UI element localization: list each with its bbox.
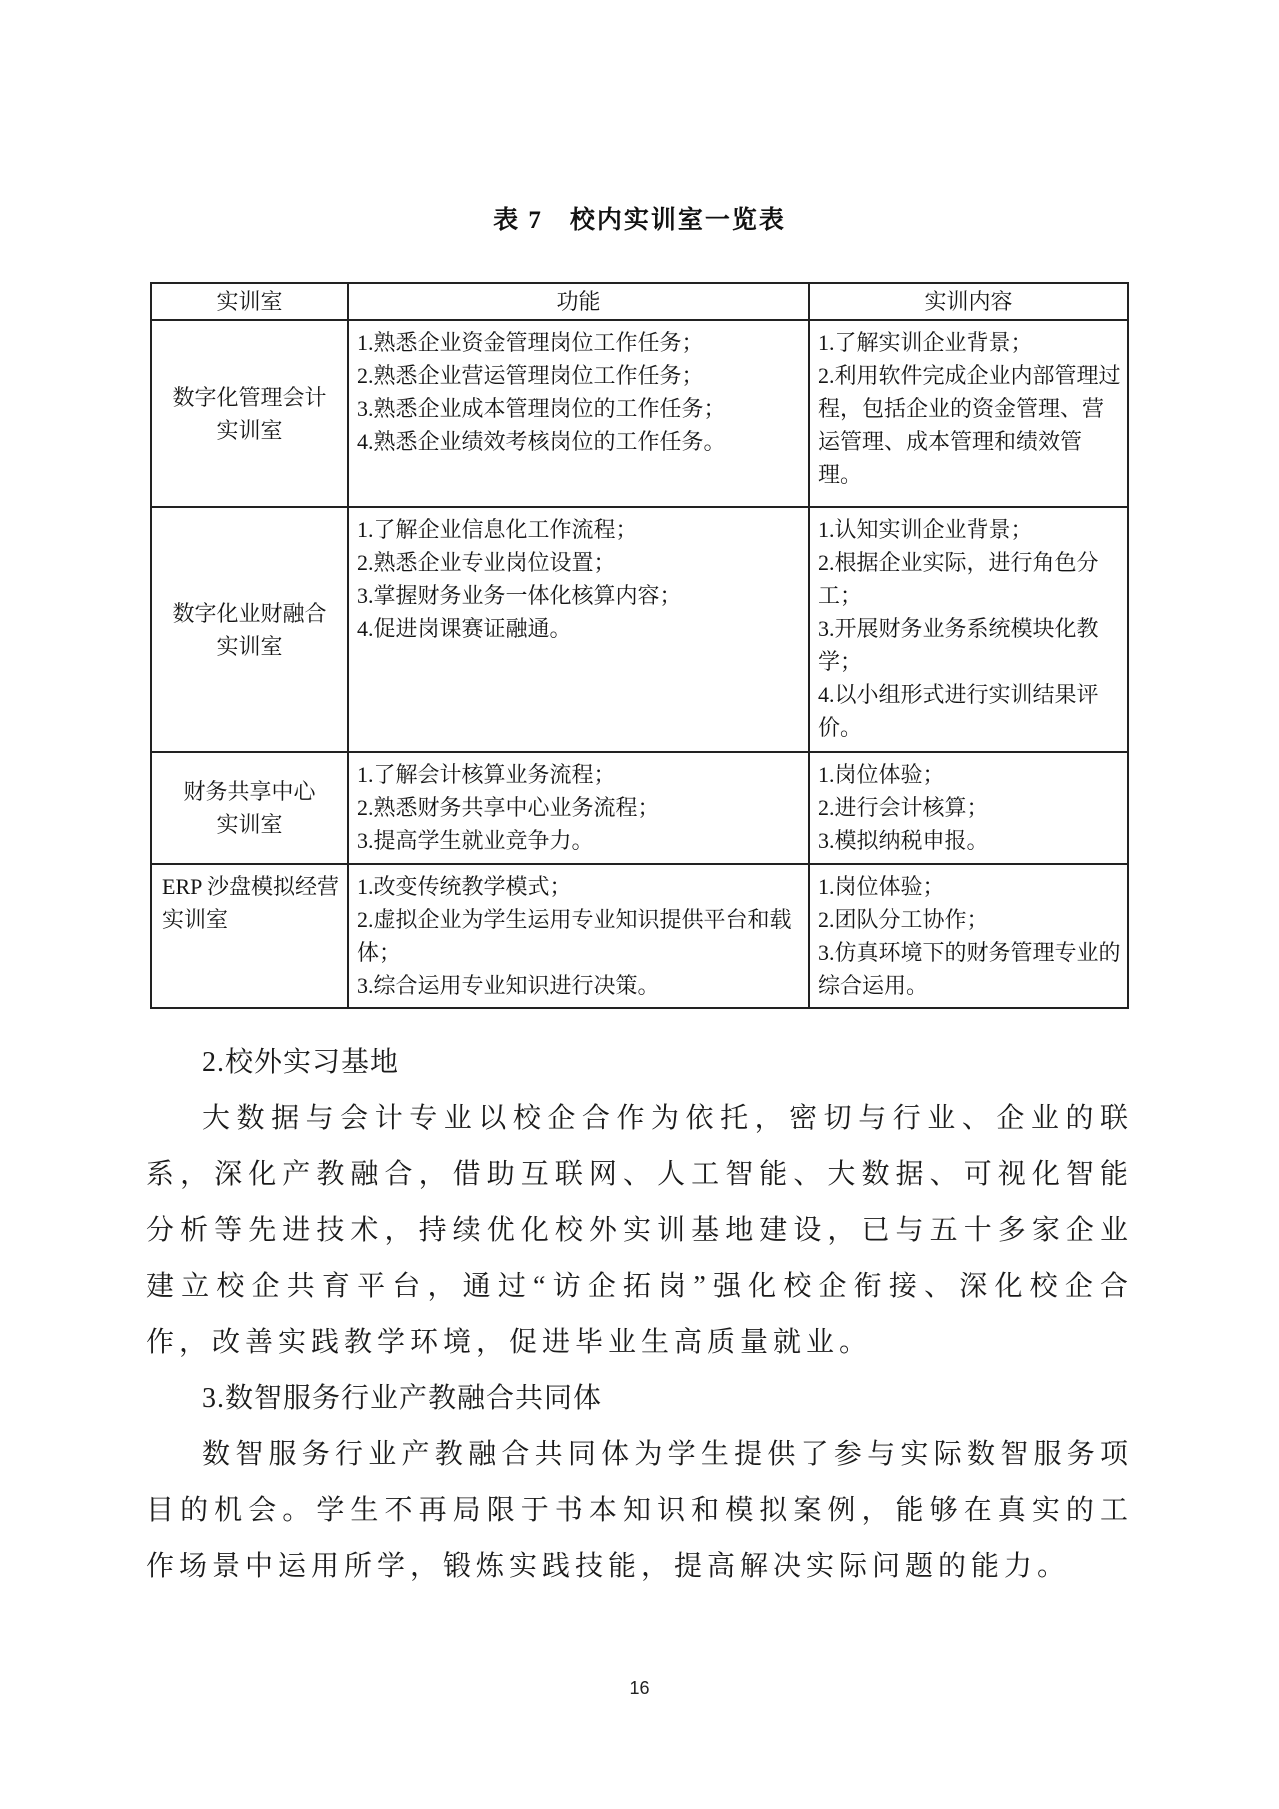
column-header-function: 功能 [348,283,809,320]
page-number: 16 [0,1678,1279,1699]
cell-room-name: 数字化管理会计 实训室 [151,320,348,507]
cell-functions: 1.改变传统教学模式； 2.虚拟企业为学生运用专业知识提供平台和载体； 3.综合… [348,864,809,1008]
table-row: 数字化业财融合 实训室 1.了解企业信息化工作流程； 2.熟悉企业专业岗位设置；… [151,507,1128,752]
cell-training-content: 1.岗位体验； 2.进行会计核算； 3.模拟纳税申报。 [809,752,1128,864]
cell-functions: 1.了解企业信息化工作流程； 2.熟悉企业专业岗位设置； 3.掌握财务业务一体化… [348,507,809,752]
cell-functions: 1.了解会计核算业务流程； 2.熟悉财务共享中心业务流程； 3.提高学生就业竞争… [348,752,809,864]
cell-training-content: 1.岗位体验； 2.团队分工协作； 3.仿真环境下的财务管理专业的综合运用。 [809,864,1128,1008]
cell-training-content: 1.认知实训企业背景； 2.根据企业实际，进行角色分工； 3.开展财务业务系统模… [809,507,1128,752]
cell-room-name: 数字化业财融合 实训室 [151,507,348,752]
table-caption: 表 7 校内实训室一览表 [0,0,1279,236]
section-heading-industry-community: 3.数智服务行业产教融合共同体 [146,1371,1133,1427]
document-body: 2.校外实习基地 大数据与会计专业以校企合作为依托，密切与行业、企业的联系，深化… [146,1035,1133,1595]
section-heading-offcampus-bases: 2.校外实习基地 [146,1035,1133,1091]
cell-functions: 1.熟悉企业资金管理岗位工作任务； 2.熟悉企业营运管理岗位工作任务； 3.熟悉… [348,320,809,507]
table-header-row: 实训室 功能 实训内容 [151,283,1128,320]
table-row: ERP 沙盘模拟经营实训室 1.改变传统教学模式； 2.虚拟企业为学生运用专业知… [151,864,1128,1008]
training-rooms-table: 实训室 功能 实训内容 数字化管理会计 实训室 1.熟悉企业资金管理岗位工作任务… [150,282,1129,1009]
table-row: 财务共享中心 实训室 1.了解会计核算业务流程； 2.熟悉财务共享中心业务流程；… [151,752,1128,864]
section-paragraph-industry-community: 数智服务行业产教融合共同体为学生提供了参与实际数智服务项目的机会。学生不再局限于… [146,1427,1133,1595]
section-paragraph-offcampus-bases: 大数据与会计专业以校企合作为依托，密切与行业、企业的联系，深化产教融合，借助互联… [146,1091,1133,1371]
column-header-room: 实训室 [151,283,348,320]
cell-room-name: ERP 沙盘模拟经营实训室 [151,864,348,1008]
document-page: 表 7 校内实训室一览表 实训室 功能 实训内容 数字化管理会计 实训室 1.熟… [0,0,1279,1809]
cell-training-content: 1.了解实训企业背景； 2.利用软件完成企业内部管理过程，包括企业的资金管理、营… [809,320,1128,507]
column-header-content: 实训内容 [809,283,1128,320]
table-row: 数字化管理会计 实训室 1.熟悉企业资金管理岗位工作任务； 2.熟悉企业营运管理… [151,320,1128,507]
cell-room-name: 财务共享中心 实训室 [151,752,348,864]
